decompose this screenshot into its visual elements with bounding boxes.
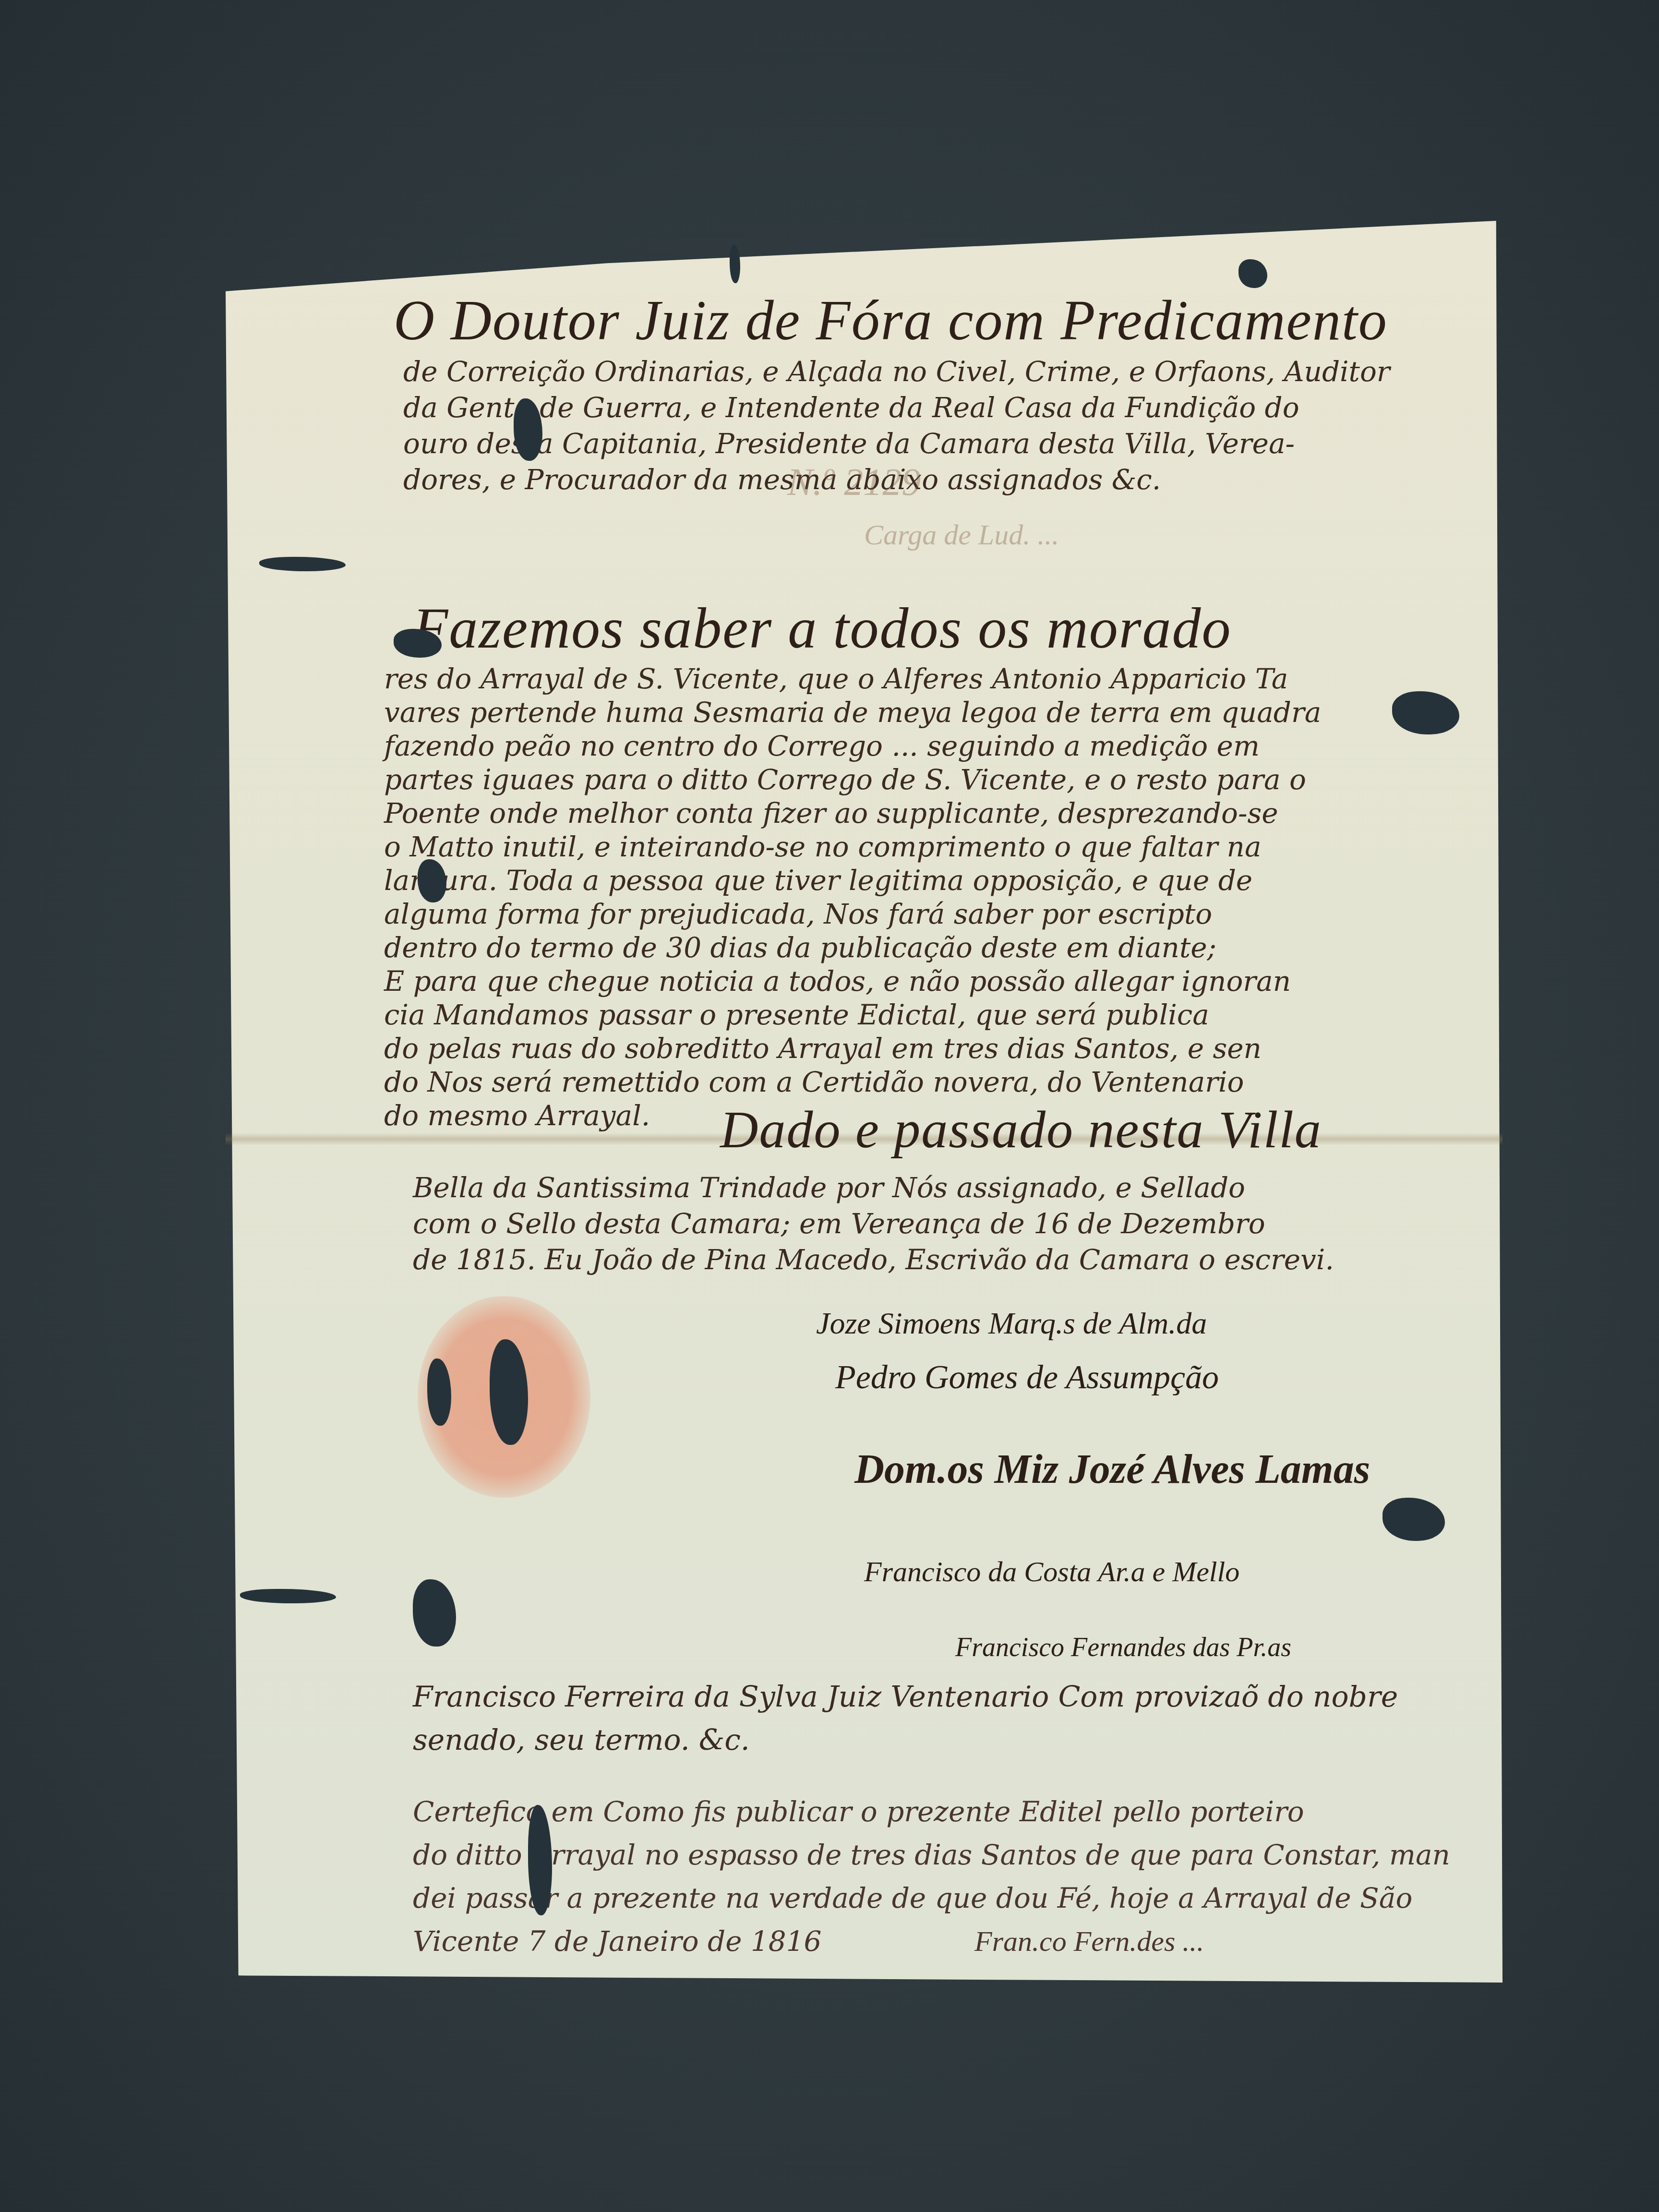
signature: Francisco Fernandes das Pr.as — [955, 1632, 1291, 1663]
signature: Pedro Gomes de Assumpção — [835, 1358, 1219, 1397]
body-line: vares pertende huma Sesmaria de meya leg… — [384, 696, 1321, 729]
faded-annotation: Carga de Lud. ... — [864, 518, 1059, 552]
closing-line: com o Sello desta Camara; em Vereança de… — [413, 1207, 1265, 1240]
intro-line: de Correição Ordinarias, e Alçada no Civ… — [403, 355, 1390, 388]
body-line: dentro do termo de 30 dias da publicação… — [384, 931, 1216, 964]
faded-registration-number: N.º 2129 — [787, 461, 921, 505]
signature: Joze Simoens Marq.s de Alm.da — [816, 1306, 1207, 1341]
certificate-signature: Fran.co Fern.des ... — [974, 1925, 1204, 1958]
body-line: partes iguaes para o ditto Corrego de S.… — [384, 763, 1306, 796]
body-line: alguma forma for prejudicada, Nos fará s… — [384, 898, 1212, 930]
signature: Dom.os Miz Jozé Alves Lamas — [854, 1445, 1370, 1493]
body-line: do mesmo Arrayal. — [384, 1099, 650, 1132]
signature: Francisco da Costa Ar.a e Mello — [864, 1555, 1239, 1588]
intro-line: dores, e Procurador da mesma abaixo assi… — [403, 463, 1161, 496]
body-line: res do Arrayal de S. Vicente, que o Alfe… — [384, 662, 1288, 695]
paper-damage — [730, 245, 740, 283]
closing-line: de 1815. Eu João de Pina Macedo, Escrivã… — [413, 1243, 1334, 1276]
body-line: E para que chegue noticia a todos, e não… — [384, 965, 1291, 998]
certificate-line: do ditto Arrayal no espasso de tres dias… — [413, 1839, 1450, 1871]
certificate-line: dei passar a prezente na verdade de que … — [413, 1882, 1412, 1914]
certificate-line: Vicente 7 de Janeiro de 1816 — [413, 1925, 822, 1958]
body-line: fazendo peão no centro do Corrego ... se… — [384, 730, 1260, 762]
section-heading: Fazemos saber a todos os morado — [413, 595, 1231, 661]
body-line: do pelas ruas do sobreditto Arrayal em t… — [384, 1032, 1262, 1065]
body-line: Poente onde melhor conta fizer ao suppli… — [384, 797, 1278, 829]
document-heading: O Doutor Juiz de Fóra com Predicamento — [394, 288, 1388, 353]
notary-line: senado, seu termo. &c. — [413, 1723, 750, 1757]
body-line: cia Mandamos passar o presente Edictal, … — [384, 998, 1209, 1031]
notary-line: Francisco Ferreira da Sylva Juiz Ventena… — [413, 1680, 1398, 1714]
closing-heading: Dado e passado nesta Villa — [720, 1099, 1322, 1160]
body-line: do Nos será remettido com a Certidão nov… — [384, 1066, 1244, 1098]
body-line: o Matto inutil, e inteirando-se no compr… — [384, 830, 1262, 863]
closing-line: Bella da Santissima Trindade por Nós ass… — [413, 1171, 1245, 1204]
body-line: largura. Toda a pessoa que tiver legitim… — [384, 864, 1252, 897]
